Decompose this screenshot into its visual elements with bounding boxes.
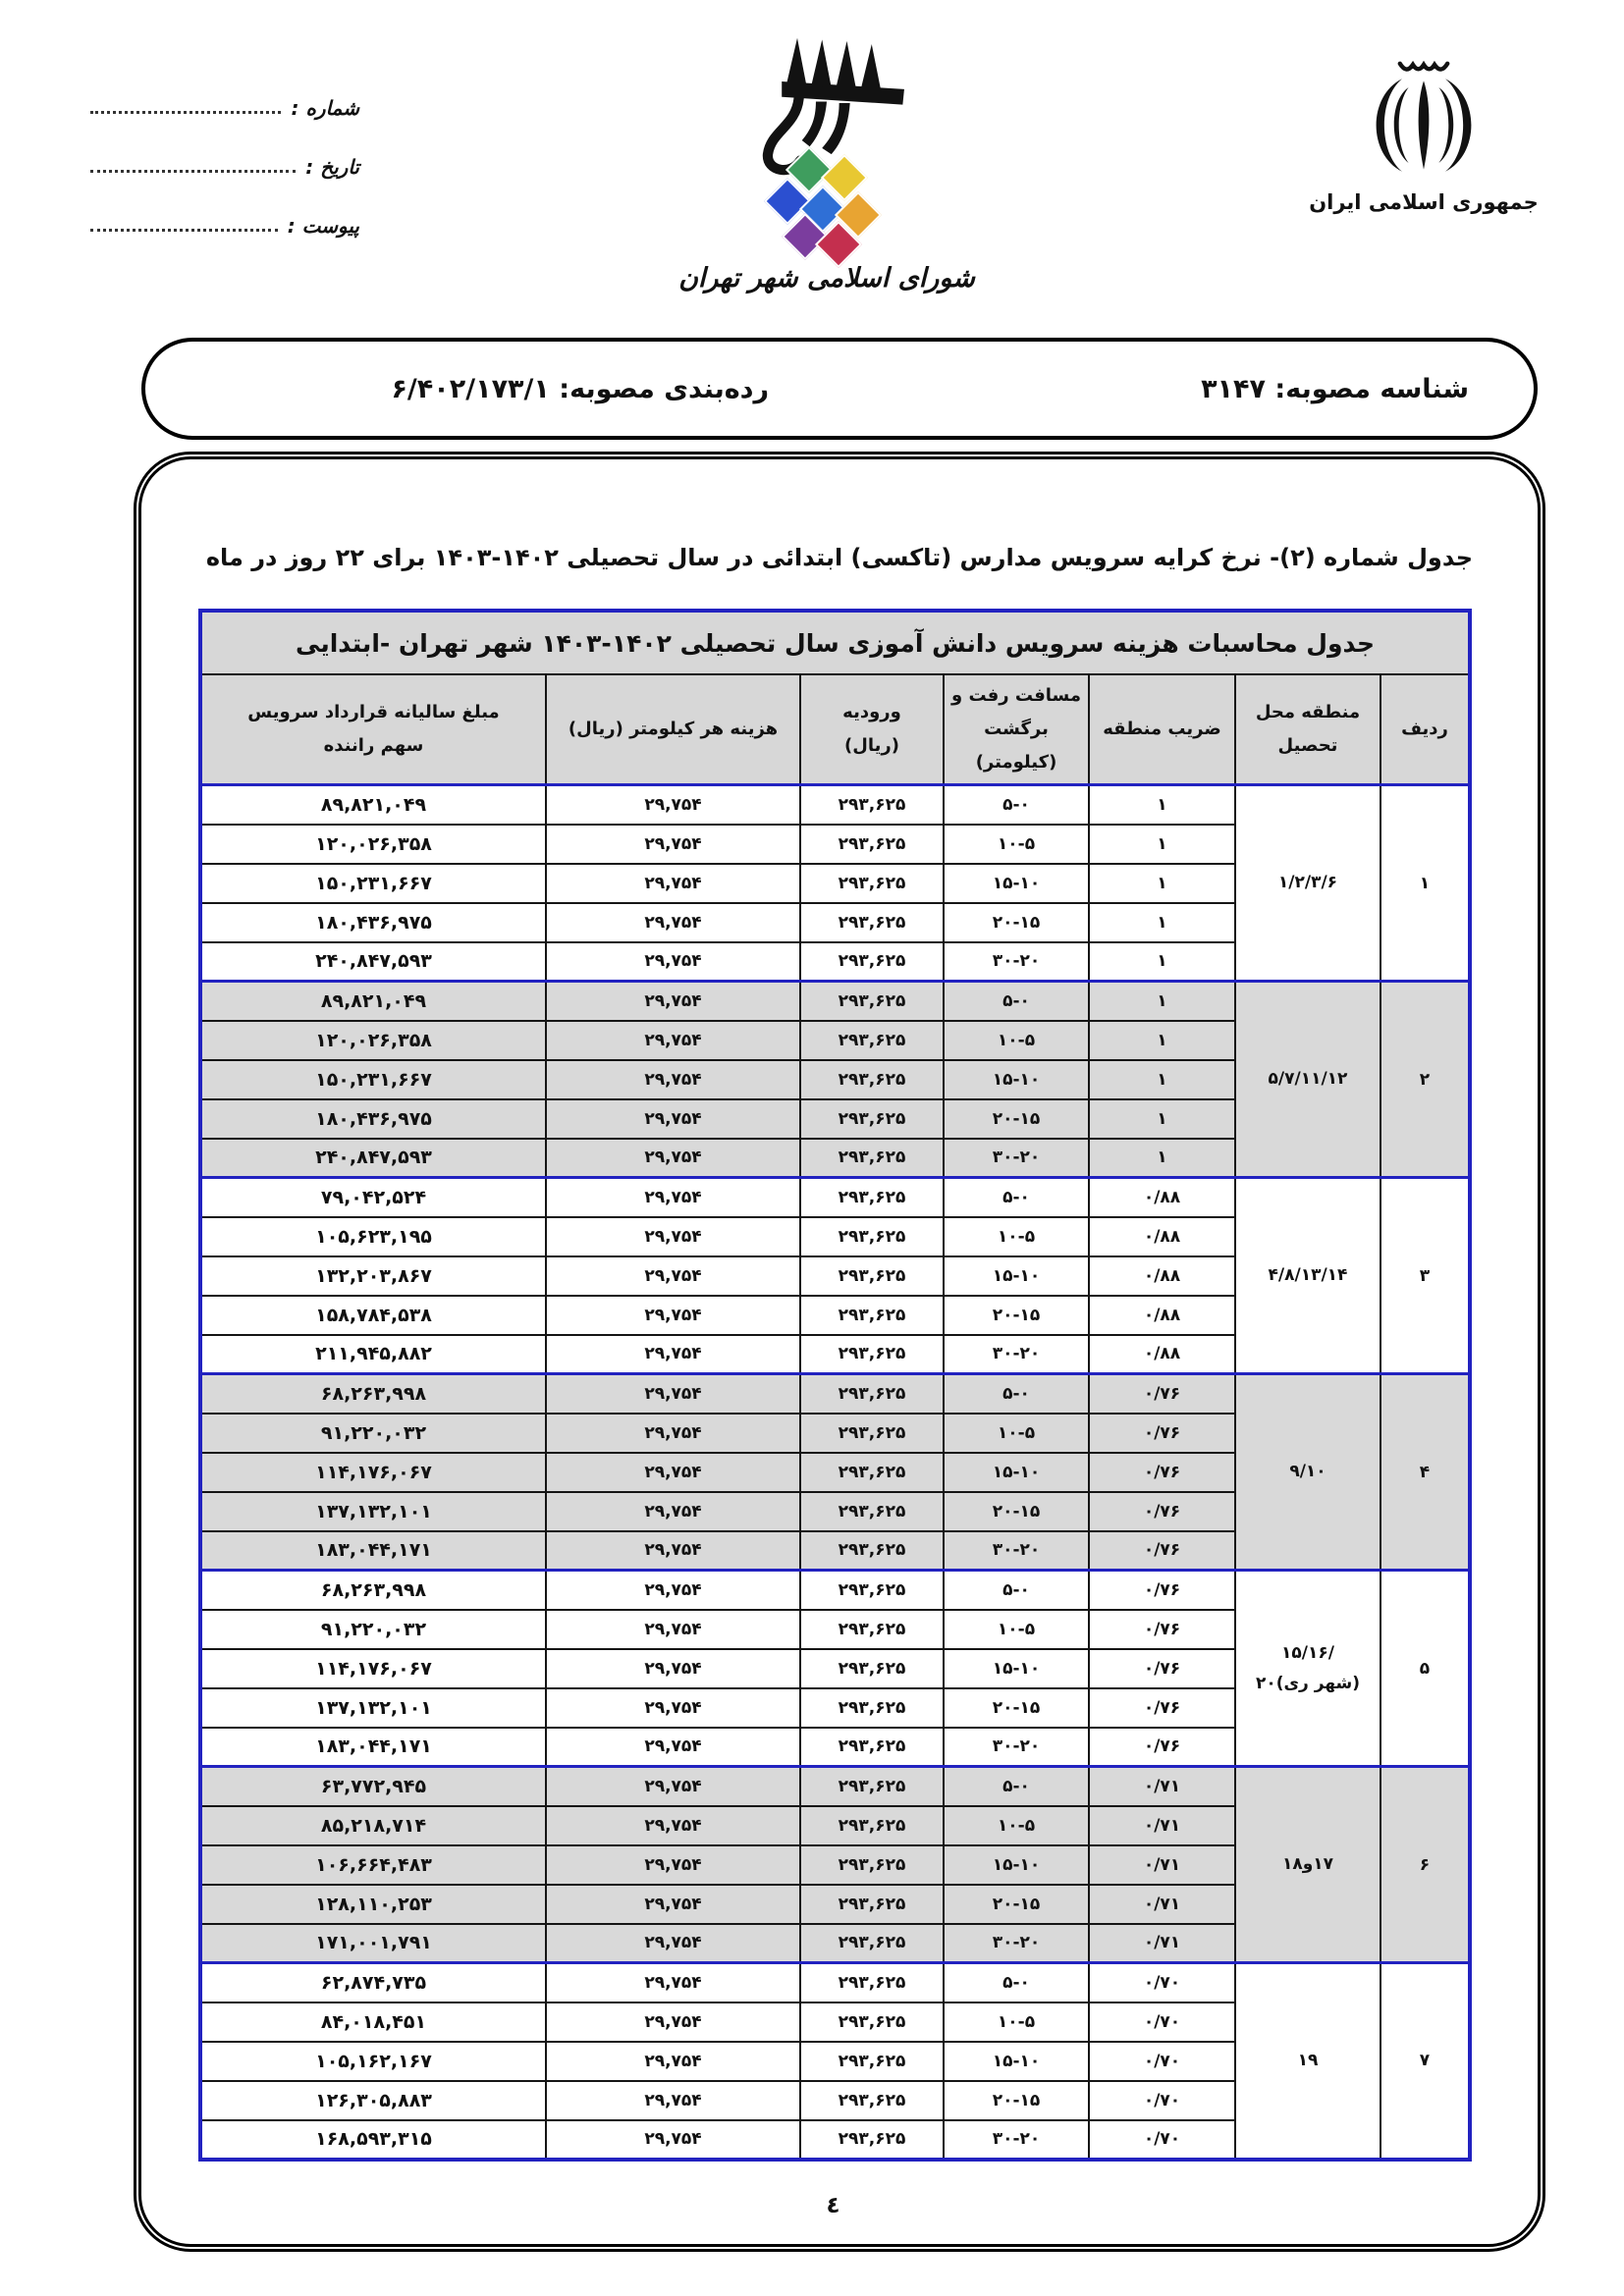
date-field: تاریخ : — [86, 141, 359, 179]
cost-per-km-cell: ۲۹,۷۵۴ — [546, 1571, 800, 1610]
distance-cell: ۲۰-۱۵ — [944, 903, 1089, 942]
entrance-fee-cell: ۲۹۳,۶۲۵ — [800, 1217, 944, 1256]
cost-per-km-cell: ۲۹,۷۵۴ — [546, 1296, 800, 1335]
coefficient-cell: ۰/۷۶ — [1089, 1374, 1235, 1414]
distance-cell: ۱۵-۱۰ — [944, 2042, 1089, 2081]
coefficient-cell: ۱ — [1089, 1060, 1235, 1099]
distance-cell: ۵-۰ — [944, 1571, 1089, 1610]
annual-amount-cell: ۶۸,۲۶۳,۹۹۸ — [200, 1374, 546, 1414]
distance-cell: ۱۰-۵ — [944, 1414, 1089, 1453]
entrance-fee-cell: ۲۹۳,۶۲۵ — [800, 1374, 944, 1414]
distance-cell: ۱۰-۵ — [944, 1610, 1089, 1649]
table-row: ۷۱۹۰/۷۰۵-۰۲۹۳,۶۲۵۲۹,۷۵۴۶۲,۸۷۴,۷۳۵ — [200, 1963, 1470, 2002]
coefficient-cell: ۱ — [1089, 982, 1235, 1021]
district-cell: ۱۷و۱۸ — [1235, 1767, 1380, 1963]
entrance-fee-cell: ۲۹۳,۶۲۵ — [800, 1099, 944, 1139]
coefficient-cell: ۰/۷۰ — [1089, 2081, 1235, 2120]
annual-amount-cell: ۱۳۷,۱۳۲,۱۰۱ — [200, 1688, 546, 1728]
entrance-fee-cell: ۲۹۳,۶۲۵ — [800, 1963, 944, 2002]
distance-cell: ۱۵-۱۰ — [944, 1845, 1089, 1885]
annual-amount-cell: ۱۱۴,۱۷۶,۰۶۷ — [200, 1649, 546, 1688]
emblem-caption: جمهوری اسلامی ایران — [1306, 190, 1542, 214]
annual-amount-cell: ۱۲۸,۱۱۰,۲۵۳ — [200, 1885, 546, 1924]
cost-per-km-cell: ۲۹,۷۵۴ — [546, 1531, 800, 1571]
distance-cell: ۱۵-۱۰ — [944, 1453, 1089, 1492]
distance-cell: ۳۰-۲۰ — [944, 1531, 1089, 1571]
annual-amount-cell: ۹۱,۲۲۰,۰۳۲ — [200, 1610, 546, 1649]
distance-cell: ۳۰-۲۰ — [944, 1924, 1089, 1963]
annual-amount-cell: ۱۸۰,۴۳۶,۹۷۵ — [200, 903, 546, 942]
distance-cell: ۲۰-۱۵ — [944, 1885, 1089, 1924]
cost-per-km-cell: ۲۹,۷۵۴ — [546, 1178, 800, 1217]
cost-per-km-cell: ۲۹,۷۵۴ — [546, 1885, 800, 1924]
iran-emblem: جمهوری اسلامی ایران — [1306, 55, 1542, 214]
distance-cell: ۲۰-۱۵ — [944, 1099, 1089, 1139]
annual-amount-cell: ۱۰۵,۶۲۳,۱۹۵ — [200, 1217, 546, 1256]
page-number: ٤ — [198, 2193, 1468, 2218]
annual-amount-cell: ۱۳۷,۱۳۲,۱۰۱ — [200, 1492, 546, 1531]
distance-cell: ۵-۰ — [944, 982, 1089, 1021]
row-index-cell: ۳ — [1380, 1178, 1470, 1374]
cost-per-km-cell: ۲۹,۷۵۴ — [546, 982, 800, 1021]
district-cell: ۴/۸/۱۳/۱۴ — [1235, 1178, 1380, 1374]
number-field: شماره : — [86, 82, 359, 120]
coefficient-cell: ۰/۸۸ — [1089, 1256, 1235, 1296]
entrance-fee-cell: ۲۹۳,۶۲۵ — [800, 1610, 944, 1649]
coefficient-cell: ۰/۷۱ — [1089, 1924, 1235, 1963]
coefficient-cell: ۰/۷۱ — [1089, 1767, 1235, 1806]
cost-per-km-cell: ۲۹,۷۵۴ — [546, 2120, 800, 2160]
col-header-district: منطقه محل تحصیل — [1235, 674, 1380, 785]
resolution-id-bar: شناسه مصوبه: ۳۱۴۷ رده‌بندی مصوبه: ۶/۴۰۲/… — [141, 338, 1538, 440]
coefficient-cell: ۰/۷۰ — [1089, 2120, 1235, 2160]
distance-cell: ۱۵-۱۰ — [944, 1256, 1089, 1296]
annual-amount-cell: ۲۴۰,۸۴۷,۵۹۳ — [200, 942, 546, 982]
coefficient-cell: ۰/۸۸ — [1089, 1335, 1235, 1374]
cost-per-km-cell: ۲۹,۷۵۴ — [546, 1492, 800, 1531]
cost-per-km-cell: ۲۹,۷۵۴ — [546, 825, 800, 864]
annual-amount-cell: ۸۴,۰۱۸,۴۵۱ — [200, 2002, 546, 2042]
entrance-fee-cell: ۲۹۳,۶۲۵ — [800, 1453, 944, 1492]
col-header-annual-amount: مبلغ سالیانه قرارداد سرویس سهم راننده — [200, 674, 546, 785]
annual-amount-cell: ۱۲۰,۰۲۶,۳۵۸ — [200, 825, 546, 864]
entrance-fee-cell: ۲۹۳,۶۲۵ — [800, 1178, 944, 1217]
row-index-cell: ۷ — [1380, 1963, 1470, 2160]
annual-amount-cell: ۱۸۳,۰۴۴,۱۷۱ — [200, 1728, 546, 1767]
cost-per-km-cell: ۲۹,۷۵۴ — [546, 1767, 800, 1806]
cost-per-km-cell: ۲۹,۷۵۴ — [546, 1688, 800, 1728]
cost-per-km-cell: ۲۹,۷۵۴ — [546, 1060, 800, 1099]
table-header-row: ردیف منطقه محل تحصیل ضریب منطقه مسافت رف… — [200, 674, 1470, 785]
annual-amount-cell: ۶۸,۲۶۳,۹۹۸ — [200, 1571, 546, 1610]
council-name: شورای اسلامی شهر تهران — [660, 263, 994, 294]
date-field-label: تاریخ : — [305, 155, 359, 179]
row-index-cell: ۵ — [1380, 1571, 1470, 1767]
annual-amount-cell: ۱۰۵,۱۶۲,۱۶۷ — [200, 2042, 546, 2081]
cost-per-km-cell: ۲۹,۷۵۴ — [546, 2042, 800, 2081]
distance-cell: ۳۰-۲۰ — [944, 2120, 1089, 2160]
annual-amount-cell: ۱۷۱,۰۰۱,۷۹۱ — [200, 1924, 546, 1963]
distance-cell: ۵-۰ — [944, 1178, 1089, 1217]
coefficient-cell: ۰/۷۱ — [1089, 1806, 1235, 1845]
coefficient-cell: ۰/۷۶ — [1089, 1649, 1235, 1688]
annual-amount-cell: ۱۸۳,۰۴۴,۱۷۱ — [200, 1531, 546, 1571]
district-cell: ۱۵/۱۶/(شهر ری)۲۰ — [1235, 1571, 1380, 1767]
coefficient-cell: ۱ — [1089, 864, 1235, 903]
resolution-id: شناسه مصوبه: ۳۱۴۷ — [1201, 374, 1469, 404]
coefficient-cell: ۰/۸۸ — [1089, 1296, 1235, 1335]
fare-table-wrap: جدول محاسبات هزینه سرویس دانش آموزی سال … — [198, 609, 1471, 2162]
col-header-entrance-fee: ورودیه (ریال) — [800, 674, 944, 785]
coefficient-cell: ۰/۷۶ — [1089, 1688, 1235, 1728]
cost-per-km-cell: ۲۹,۷۵۴ — [546, 2002, 800, 2042]
entrance-fee-cell: ۲۹۳,۶۲۵ — [800, 982, 944, 1021]
entrance-fee-cell: ۲۹۳,۶۲۵ — [800, 1571, 944, 1610]
annual-amount-cell: ۱۳۲,۲۰۳,۸۶۷ — [200, 1256, 546, 1296]
coefficient-cell: ۱ — [1089, 1099, 1235, 1139]
cost-per-km-cell: ۲۹,۷۵۴ — [546, 1374, 800, 1414]
annual-amount-cell: ۱۵۰,۲۳۱,۶۶۷ — [200, 864, 546, 903]
distance-cell: ۲۰-۱۵ — [944, 2081, 1089, 2120]
annual-amount-cell: ۱۶۸,۵۹۳,۳۱۵ — [200, 2120, 546, 2160]
attachment-field-dotted-line — [90, 229, 278, 232]
col-header-coefficient: ضریب منطقه — [1089, 674, 1235, 785]
coefficient-cell: ۰/۷۶ — [1089, 1610, 1235, 1649]
coefficient-cell: ۰/۷۱ — [1089, 1885, 1235, 1924]
entrance-fee-cell: ۲۹۳,۶۲۵ — [800, 2042, 944, 2081]
col-header-row-index: ردیف — [1380, 674, 1470, 785]
council-diamonds-icon — [762, 151, 892, 261]
entrance-fee-cell: ۲۹۳,۶۲۵ — [800, 1688, 944, 1728]
entrance-fee-cell: ۲۹۳,۶۲۵ — [800, 1728, 944, 1767]
entrance-fee-cell: ۲۹۳,۶۲۵ — [800, 1531, 944, 1571]
entrance-fee-cell: ۲۹۳,۶۲۵ — [800, 1492, 944, 1531]
entrance-fee-cell: ۲۹۳,۶۲۵ — [800, 1335, 944, 1374]
annual-amount-cell: ۸۹,۸۲۱,۰۴۹ — [200, 982, 546, 1021]
distance-cell: ۵-۰ — [944, 1963, 1089, 2002]
row-index-cell: ۱ — [1380, 785, 1470, 982]
coefficient-cell: ۰/۷۶ — [1089, 1492, 1235, 1531]
distance-cell: ۵-۰ — [944, 1374, 1089, 1414]
entrance-fee-cell: ۲۹۳,۶۲۵ — [800, 1256, 944, 1296]
coefficient-cell: ۱ — [1089, 1021, 1235, 1060]
distance-cell: ۳۰-۲۰ — [944, 1139, 1089, 1178]
district-cell: ۱۹ — [1235, 1963, 1380, 2160]
entrance-fee-cell: ۲۹۳,۶۲۵ — [800, 1806, 944, 1845]
entrance-fee-cell: ۲۹۳,۶۲۵ — [800, 1767, 944, 1806]
annual-amount-cell: ۱۸۰,۴۳۶,۹۷۵ — [200, 1099, 546, 1139]
annual-amount-cell: ۲۴۰,۸۴۷,۵۹۳ — [200, 1139, 546, 1178]
cost-per-km-cell: ۲۹,۷۵۴ — [546, 1021, 800, 1060]
coefficient-cell: ۰/۷۶ — [1089, 1728, 1235, 1767]
annual-amount-cell: ۱۵۸,۷۸۴,۵۳۸ — [200, 1296, 546, 1335]
cost-per-km-cell: ۲۹,۷۵۴ — [546, 864, 800, 903]
annual-amount-cell: ۶۲,۸۷۴,۷۳۵ — [200, 1963, 546, 2002]
entrance-fee-cell: ۲۹۳,۶۲۵ — [800, 903, 944, 942]
cost-per-km-cell: ۲۹,۷۵۴ — [546, 1453, 800, 1492]
table-row: ۶۱۷و۱۸۰/۷۱۵-۰۲۹۳,۶۲۵۲۹,۷۵۴۶۳,۷۷۲,۹۴۵ — [200, 1767, 1470, 1806]
annual-amount-cell: ۸۵,۲۱۸,۷۱۴ — [200, 1806, 546, 1845]
reference-fields: شماره : تاریخ : پیوست : — [86, 82, 359, 259]
cost-per-km-cell: ۲۹,۷۵۴ — [546, 1099, 800, 1139]
distance-cell: ۱۰-۵ — [944, 1806, 1089, 1845]
cost-per-km-cell: ۲۹,۷۵۴ — [546, 1610, 800, 1649]
annual-amount-cell: ۱۲۰,۰۲۶,۳۵۸ — [200, 1021, 546, 1060]
distance-cell: ۳۰-۲۰ — [944, 1728, 1089, 1767]
distance-cell: ۱۰-۵ — [944, 1021, 1089, 1060]
distance-cell: ۱۵-۱۰ — [944, 1060, 1089, 1099]
fare-table-body: ۱۱/۲/۳/۶۱۵-۰۲۹۳,۶۲۵۲۹,۷۵۴۸۹,۸۲۱,۰۴۹۱۱۰-۵… — [200, 785, 1470, 2160]
table-row: ۵۱۵/۱۶/(شهر ری)۲۰۰/۷۶۵-۰۲۹۳,۶۲۵۲۹,۷۵۴۶۸,… — [200, 1571, 1470, 1610]
annual-amount-cell: ۱۰۶,۶۶۴,۴۸۳ — [200, 1845, 546, 1885]
annual-amount-cell: ۶۳,۷۷۲,۹۴۵ — [200, 1767, 546, 1806]
table-caption-row: جدول محاسبات هزینه سرویس دانش آموزی سال … — [200, 611, 1470, 674]
coefficient-cell: ۰/۷۶ — [1089, 1414, 1235, 1453]
annual-amount-cell: ۱۲۶,۳۰۵,۸۸۳ — [200, 2081, 546, 2120]
distance-cell: ۱۵-۱۰ — [944, 1649, 1089, 1688]
row-index-cell: ۲ — [1380, 982, 1470, 1178]
distance-cell: ۲۰-۱۵ — [944, 1296, 1089, 1335]
coefficient-cell: ۰/۸۸ — [1089, 1178, 1235, 1217]
attachment-field-label: پیوست : — [288, 214, 359, 238]
annual-amount-cell: ۱۵۰,۲۳۱,۶۶۷ — [200, 1060, 546, 1099]
coefficient-cell: ۰/۷۰ — [1089, 2002, 1235, 2042]
cost-per-km-cell: ۲۹,۷۵۴ — [546, 1256, 800, 1296]
entrance-fee-cell: ۲۹۳,۶۲۵ — [800, 2081, 944, 2120]
coefficient-cell: ۱ — [1089, 903, 1235, 942]
cost-per-km-cell: ۲۹,۷۵۴ — [546, 1335, 800, 1374]
resolution-classification: رده‌بندی مصوبه: ۶/۴۰۲/۱۷۳/۱ — [391, 374, 769, 404]
date-field-dotted-line — [90, 170, 296, 173]
annual-amount-cell: ۱۱۴,۱۷۶,۰۶۷ — [200, 1453, 546, 1492]
coefficient-cell: ۰/۷۶ — [1089, 1571, 1235, 1610]
distance-cell: ۳۰-۲۰ — [944, 1335, 1089, 1374]
entrance-fee-cell: ۲۹۳,۶۲۵ — [800, 1296, 944, 1335]
distance-cell: ۲۰-۱۵ — [944, 1688, 1089, 1728]
distance-cell: ۵-۰ — [944, 1767, 1089, 1806]
coefficient-cell: ۱ — [1089, 825, 1235, 864]
table-row: ۴۹/۱۰۰/۷۶۵-۰۲۹۳,۶۲۵۲۹,۷۵۴۶۸,۲۶۳,۹۹۸ — [200, 1374, 1470, 1414]
cost-per-km-cell: ۲۹,۷۵۴ — [546, 1845, 800, 1885]
entrance-fee-cell: ۲۹۳,۶۲۵ — [800, 1885, 944, 1924]
document-title: جدول شماره (۲)- نرخ کرایه سرویس مدارس (ت… — [206, 544, 1473, 571]
distance-cell: ۱۰-۵ — [944, 1217, 1089, 1256]
coefficient-cell: ۱ — [1089, 785, 1235, 825]
iran-emblem-icon — [1359, 55, 1489, 185]
entrance-fee-cell: ۲۹۳,۶۲۵ — [800, 1139, 944, 1178]
entrance-fee-cell: ۲۹۳,۶۲۵ — [800, 2120, 944, 2160]
entrance-fee-cell: ۲۹۳,۶۲۵ — [800, 1649, 944, 1688]
distance-cell: ۵-۰ — [944, 785, 1089, 825]
annual-amount-cell: ۸۹,۸۲۱,۰۴۹ — [200, 785, 546, 825]
entrance-fee-cell: ۲۹۳,۶۲۵ — [800, 1414, 944, 1453]
col-header-distance: مسافت رفت و برگشت (کیلومتر) — [944, 674, 1089, 785]
cost-per-km-cell: ۲۹,۷۵۴ — [546, 785, 800, 825]
cost-per-km-cell: ۲۹,۷۵۴ — [546, 1649, 800, 1688]
coefficient-cell: ۱ — [1089, 942, 1235, 982]
entrance-fee-cell: ۲۹۳,۶۲۵ — [800, 1845, 944, 1885]
entrance-fee-cell: ۲۹۳,۶۲۵ — [800, 2002, 944, 2042]
table-row: ۱۱/۲/۳/۶۱۵-۰۲۹۳,۶۲۵۲۹,۷۵۴۸۹,۸۲۱,۰۴۹ — [200, 785, 1470, 825]
cost-per-km-cell: ۲۹,۷۵۴ — [546, 1806, 800, 1845]
council-logo: شورای اسلامی شهر تهران — [660, 33, 994, 294]
coefficient-cell: ۰/۷۱ — [1089, 1845, 1235, 1885]
distance-cell: ۱۰-۵ — [944, 825, 1089, 864]
number-field-dotted-line — [90, 111, 281, 114]
annual-amount-cell: ۲۱۱,۹۴۵,۸۸۲ — [200, 1335, 546, 1374]
annual-amount-cell: ۹۱,۲۲۰,۰۳۲ — [200, 1414, 546, 1453]
district-cell: ۱/۲/۳/۶ — [1235, 785, 1380, 982]
distance-cell: ۲۰-۱۵ — [944, 1492, 1089, 1531]
row-index-cell: ۶ — [1380, 1767, 1470, 1963]
cost-per-km-cell: ۲۹,۷۵۴ — [546, 1217, 800, 1256]
coefficient-cell: ۰/۸۸ — [1089, 1217, 1235, 1256]
district-cell: ۹/۱۰ — [1235, 1374, 1380, 1571]
entrance-fee-cell: ۲۹۳,۶۲۵ — [800, 1924, 944, 1963]
cost-per-km-cell: ۲۹,۷۵۴ — [546, 1139, 800, 1178]
table-row: ۳۴/۸/۱۳/۱۴۰/۸۸۵-۰۲۹۳,۶۲۵۲۹,۷۵۴۷۹,۰۴۲,۵۲۴ — [200, 1178, 1470, 1217]
entrance-fee-cell: ۲۹۳,۶۲۵ — [800, 864, 944, 903]
entrance-fee-cell: ۲۹۳,۶۲۵ — [800, 942, 944, 982]
entrance-fee-cell: ۲۹۳,۶۲۵ — [800, 785, 944, 825]
entrance-fee-cell: ۲۹۳,۶۲۵ — [800, 1021, 944, 1060]
fare-table: جدول محاسبات هزینه سرویس دانش آموزی سال … — [198, 609, 1472, 2162]
attachment-field: پیوست : — [86, 200, 359, 238]
district-cell: ۵/۷/۱۱/۱۲ — [1235, 982, 1380, 1178]
distance-cell: ۱۵-۱۰ — [944, 864, 1089, 903]
coefficient-cell: ۰/۷۶ — [1089, 1453, 1235, 1492]
coefficient-cell: ۰/۷۰ — [1089, 2042, 1235, 2081]
number-field-label: شماره : — [291, 96, 359, 120]
entrance-fee-cell: ۲۹۳,۶۲۵ — [800, 1060, 944, 1099]
col-header-cost-per-km: هزینه هر کیلومتر (ریال) — [546, 674, 800, 785]
coefficient-cell: ۱ — [1089, 1139, 1235, 1178]
coefficient-cell: ۰/۷۶ — [1089, 1531, 1235, 1571]
table-caption: جدول محاسبات هزینه سرویس دانش آموزی سال … — [200, 611, 1470, 674]
annual-amount-cell: ۷۹,۰۴۲,۵۲۴ — [200, 1178, 546, 1217]
cost-per-km-cell: ۲۹,۷۵۴ — [546, 1728, 800, 1767]
table-row: ۲۵/۷/۱۱/۱۲۱۵-۰۲۹۳,۶۲۵۲۹,۷۵۴۸۹,۸۲۱,۰۴۹ — [200, 982, 1470, 1021]
distance-cell: ۳۰-۲۰ — [944, 942, 1089, 982]
distance-cell: ۱۰-۵ — [944, 2002, 1089, 2042]
cost-per-km-cell: ۲۹,۷۵۴ — [546, 903, 800, 942]
row-index-cell: ۴ — [1380, 1374, 1470, 1571]
cost-per-km-cell: ۲۹,۷۵۴ — [546, 942, 800, 982]
cost-per-km-cell: ۲۹,۷۵۴ — [546, 2081, 800, 2120]
entrance-fee-cell: ۲۹۳,۶۲۵ — [800, 825, 944, 864]
cost-per-km-cell: ۲۹,۷۵۴ — [546, 1963, 800, 2002]
cost-per-km-cell: ۲۹,۷۵۴ — [546, 1924, 800, 1963]
cost-per-km-cell: ۲۹,۷۵۴ — [546, 1414, 800, 1453]
coefficient-cell: ۰/۷۰ — [1089, 1963, 1235, 2002]
